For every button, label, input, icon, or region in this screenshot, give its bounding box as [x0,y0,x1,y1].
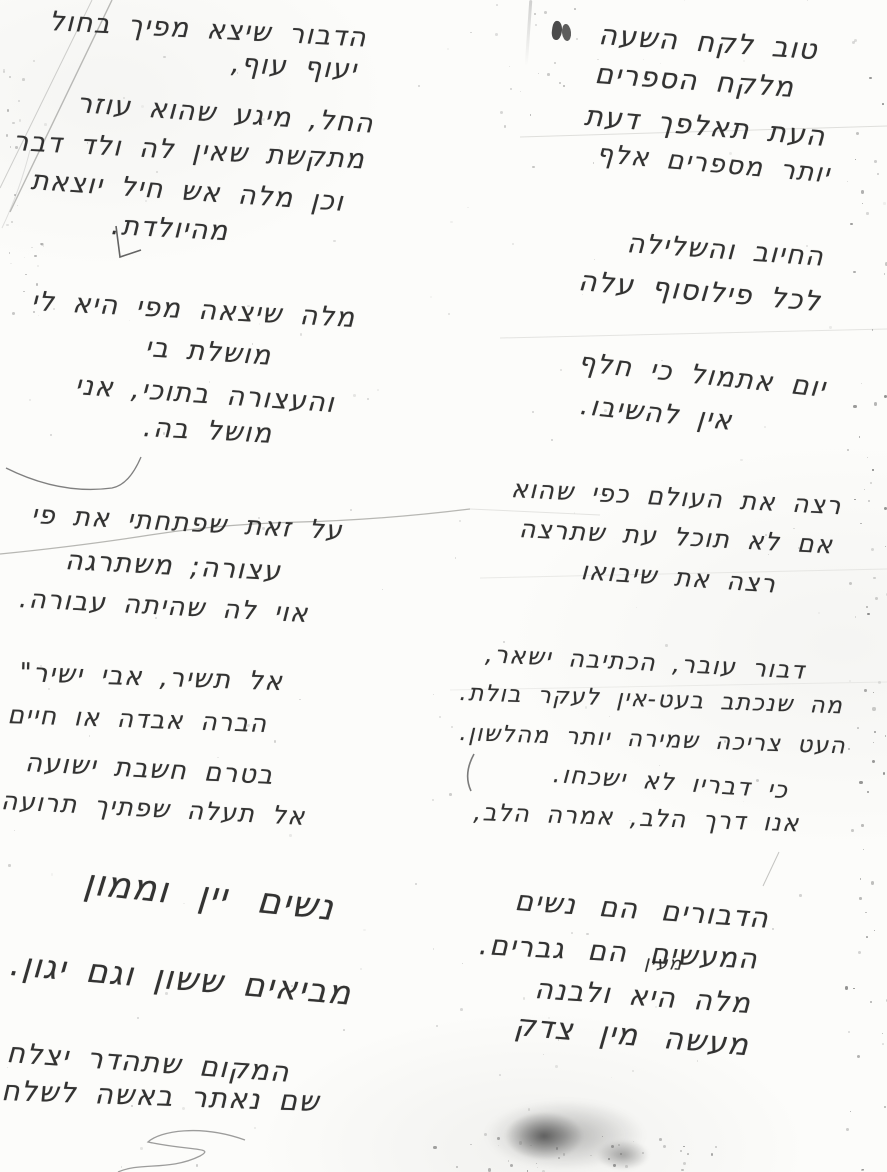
crease-line [10,0,112,212]
noise-speck [724,740,727,743]
noise-speck [19,119,22,122]
noise-speck [849,680,851,682]
crease-line [0,0,92,188]
noise-speck [680,1150,682,1152]
ink-squiggle [118,1131,245,1172]
handwritten-line-left-block1: וכן מלה אש חיל יוצאת [30,165,345,218]
noise-speck [874,160,877,163]
noise-speck [98,19,100,21]
noise-speck [14,194,16,196]
noise-speck [50,434,51,435]
noise-speck [252,343,253,344]
noise-speck [87,142,89,144]
noise-speck [861,824,863,826]
handwritten-line-right-block4: אם לא תוכל עת שתרצה [518,514,834,559]
noise-speck [237,72,238,73]
noise-speck [10,146,11,147]
noise-speck [563,1153,566,1156]
noise-speck [447,48,449,50]
noise-speck [629,820,630,821]
noise-speck [855,616,857,618]
noise-speck [633,1141,635,1143]
noise-speck [874,731,876,733]
handwritten-line-left-block4: בטרם חשבת ישועה [24,748,274,791]
noise-speck [681,1169,683,1171]
noise-speck [847,181,848,182]
noise-speck [534,13,536,15]
noise-speck [848,748,850,750]
noise-speck [643,59,644,60]
noise-speck [15,146,18,149]
noise-speck [254,1127,256,1129]
noise-speck [22,78,25,81]
noise-speck [818,612,820,614]
noise-speck [10,263,12,265]
noise-speck [636,607,637,608]
noise-speck [258,517,260,519]
handwritten-line-right-block5: מה שנכתב בעט-אין לעקר בולת. [459,680,844,719]
noise-speck [512,243,514,245]
scan-streak [525,0,533,66]
noise-speck [620,1153,622,1155]
noise-speck [533,525,536,528]
noise-speck [632,1070,635,1073]
handwritten-line-left-block1: מתקשת שאין לה ולד דבר [12,126,366,175]
noise-speck [597,59,598,60]
handwritten-line-left-block2: מלה שיצאה מפי היא לי [30,286,356,334]
handwritten-line-left-block1: החל, מיגע שהוא עוזר [76,88,375,140]
noise-speck [659,765,660,766]
noise-speck [866,606,869,609]
noise-speck [850,1111,851,1112]
noise-speck [450,221,453,224]
noise-speck [349,154,352,157]
noise-speck [40,665,42,667]
noise-speck [585,706,587,708]
noise-speck [850,223,853,226]
noise-speck [715,1146,717,1148]
noise-speck [864,489,865,490]
noise-speck [873,742,874,743]
noise-speck [704,920,705,921]
noise-speck [661,360,662,361]
noise-speck [604,409,607,412]
noise-speck [430,296,432,298]
noise-speck [165,992,168,995]
noise-speck [462,963,463,964]
noise-speck [433,694,434,695]
noise-speck [716,244,718,246]
noise-speck [495,33,498,36]
noise-speck [853,271,856,274]
noise-speck [121,1166,122,1167]
handwritten-line-left-block2: מושלת בי [144,332,273,372]
noise-speck [858,951,861,954]
paper-tear [0,509,470,554]
noise-speck [764,426,766,428]
noise-speck [873,577,876,580]
noise-speck [871,548,874,551]
noise-speck [360,968,362,970]
noise-speck [558,21,559,22]
noise-speck [874,402,877,405]
noise-speck [12,122,15,125]
noise-speck [196,1164,198,1166]
noise-speck [857,727,859,729]
handwritten-line-right-block6: מעין [644,952,683,975]
noise-speck [799,894,801,896]
noise-speck [11,221,13,223]
noise-speck [299,699,301,701]
noise-speck [871,881,874,884]
noise-speck [613,1164,615,1166]
noise-speck [866,936,868,938]
noise-speck [509,66,511,68]
crease-line [2,150,30,228]
noise-speck [868,500,870,502]
scan-artifacts-layer [0,0,887,1172]
noise-speck [532,166,535,169]
noise-speck [528,1108,531,1111]
noise-speck [292,990,293,991]
noise-speck [711,1153,714,1156]
noise-speck [854,499,855,500]
noise-speck [415,883,416,884]
noise-speck [51,873,53,875]
noise-speck [860,878,862,880]
noise-speck [523,997,525,999]
noise-speck [807,0,808,1]
handwritten-line-right-block2: החיוב והשלילה [626,228,826,273]
noise-speck [530,1145,532,1147]
noise-speck [874,930,875,931]
noise-speck [660,63,661,64]
noise-speck [367,398,369,400]
ink-blot [561,24,572,42]
noise-speck [684,0,685,1]
handwritten-line-right-block1: יותר מספרים אלף [595,139,832,189]
noise-speck [530,114,531,115]
noise-speck [145,200,147,202]
noise-speck [544,11,547,14]
noise-speck [882,1033,884,1035]
noise-speck [586,933,588,935]
noise-speck [756,779,759,782]
noise-speck [884,1106,886,1108]
noise-speck [140,1147,143,1150]
noise-speck [498,1145,499,1146]
noise-speck [43,246,44,247]
noise-speck [574,8,576,10]
noise-speck [155,617,157,619]
noise-speck [34,255,37,258]
noise-speck [558,1039,560,1041]
noise-speck [856,132,859,135]
noise-speck [855,159,856,160]
noise-speck [129,320,130,321]
noise-speck [418,85,420,87]
noise-speck [875,597,878,600]
handwritten-line-left-block3: אוי לה שהיתה עבורה. [18,584,309,629]
noise-speck [350,509,352,511]
noise-speck [547,73,550,76]
noise-speck [593,162,595,164]
noise-speck [768,554,769,555]
noise-speck [853,405,856,408]
bottom-stain-core [505,1112,583,1160]
noise-speck [743,801,744,802]
fold-line [520,126,887,137]
noise-speck [608,1158,610,1160]
noise-speck [488,1168,491,1171]
noise-speck [363,929,365,931]
handwritten-line-right-block4: רצה את שיבואו [580,556,777,599]
handwritten-line-right-block5: דבור עובר, הכתיבה ישאר, [485,640,807,685]
noise-speck [460,1008,463,1011]
noise-speck [209,381,211,383]
noise-speck [848,1031,850,1033]
handwritten-line-left-block4: הברה אבדה או חיים [7,700,268,738]
noise-speck [89,735,90,736]
noise-speck [883,772,885,774]
noise-speck [432,799,434,801]
handwritten-line-right-block5: העט צריכה שמירה יותר מהלשון. [459,720,847,759]
noise-speck [611,1077,612,1078]
noise-speck [863,849,864,850]
noise-speck [866,212,868,214]
noise-speck [137,1017,139,1019]
noise-speck [558,1157,560,1159]
handwritten-line-right-block5: כי דבריו לא ישכחו. [552,760,789,804]
noise-speck [451,726,453,728]
handwritten-line-right-block5: אנו דרך הלב, אמרה הלב, [473,798,800,837]
noise-speck [156,171,158,173]
noise-speck [878,681,881,684]
noise-speck [3,69,4,70]
noise-speck [279,146,281,148]
noise-speck [163,432,165,434]
noise-speck [17,205,18,206]
noise-speck [859,436,861,438]
scan-noise-layer [0,0,887,1172]
noise-speck [449,793,452,796]
noise-speck [8,864,10,866]
noise-speck [867,613,869,615]
noise-speck [869,77,872,80]
noise-speck [497,1137,500,1140]
noise-speck [240,820,242,822]
noise-speck [377,389,379,391]
fold-line [450,682,887,690]
noise-speck [885,546,886,547]
noise-speck [217,757,218,758]
noise-speck [37,265,39,267]
fold-line [500,329,887,338]
noise-speck [353,394,356,397]
noise-speck [519,1141,522,1144]
noise-speck [247,724,250,727]
noise-speck [870,1001,872,1003]
noise-speck [559,904,561,906]
noise-speck [642,1152,644,1154]
handwritten-line-right-block6: המעשים הם גברים. [478,928,759,976]
noise-speck [300,333,303,336]
noise-speck [743,60,745,62]
noise-speck [867,791,869,793]
handwritten-line-left-block3: על זאת שפתחתי את פי [30,500,343,546]
noise-speck [499,1074,501,1076]
ink-parenthesis-mark [468,754,474,791]
noise-speck [508,1160,510,1162]
noise-speck [659,1138,662,1141]
noise-speck [559,82,560,83]
handwritten-line-left-block5: נשים יין וממון [82,862,337,929]
noise-speck [182,1107,185,1110]
noise-speck [571,932,573,934]
noise-speck [33,311,35,313]
handwritten-line-right-block6: הדבורים הם נשים [514,884,771,935]
noise-speck [520,91,521,92]
handwritten-line-left-block6: המקום שתהדר יצלח [6,1036,292,1089]
noise-speck [857,1055,860,1058]
noise-speck [527,1170,528,1171]
noise-speck [247,305,249,307]
noise-speck [9,76,11,78]
noise-speck [655,1006,657,1008]
noise-speck [535,24,537,26]
noise-speck [456,1166,458,1168]
noise-speck [687,1153,689,1155]
noise-speck [849,582,852,585]
noise-speck [625,1165,628,1168]
noise-speck [607,1026,609,1028]
noise-speck [555,1065,558,1068]
noise-speck [697,1060,698,1061]
handwritten-line-left-block1: יעוף עוף, [230,48,358,86]
noise-speck [873,692,874,693]
noise-speck [7,1067,8,1068]
handwritten-line-right-block3: יום אתמול כי חלף [577,347,828,404]
handwritten-line-left-block2: והעצורה בתוכי, אני [74,370,336,419]
noise-speck [14,830,15,831]
noise-speck [862,203,863,204]
noise-speck [510,1164,513,1167]
noise-speck [25,274,27,276]
noise-speck [772,928,774,930]
noise-speck [872,469,873,470]
noise-speck [602,1136,603,1137]
noise-speck [609,716,610,717]
noise-speck [877,173,879,175]
bottom-stain-tail [597,1140,649,1170]
noise-speck [576,38,578,40]
noise-speck [611,1145,614,1148]
noise-speck [560,369,562,371]
noise-speck [883,202,885,204]
noise-speck [503,641,505,643]
noise-speck [543,1054,544,1055]
noise-speck [333,240,336,243]
noise-speck [861,383,862,384]
noise-speck [590,1155,591,1156]
noise-speck [7,109,10,112]
noise-speck [845,986,848,989]
ink-blot [551,20,564,40]
noise-speck [829,326,831,328]
noise-speck [683,1162,686,1165]
noise-speck [40,243,43,246]
noise-speck [582,294,583,295]
noise-speck [500,111,503,114]
noise-speck [6,134,8,136]
noise-speck [538,73,540,75]
noise-speck [183,903,184,904]
noise-speck [291,985,293,987]
noise-speck [604,812,607,815]
noise-speck [433,1146,436,1149]
noise-speck [861,190,864,193]
noise-speck [145,767,147,769]
noise-speck [470,32,471,33]
noise-speck [872,707,875,710]
noise-speck [618,1144,620,1146]
noise-speck [537,1167,539,1169]
noise-speck [36,283,38,285]
noise-speck [24,257,26,259]
noise-speck [860,523,861,524]
noise-speck [574,512,575,513]
noise-speck [33,60,35,62]
noise-speck [433,948,435,950]
scratch-mark [763,852,779,886]
noise-speck [470,1144,471,1145]
paper-tear [470,509,600,515]
noise-speck [663,1145,666,1148]
noise-speck [867,457,869,459]
noise-speck [594,259,595,260]
handwritten-line-right-block1: טוב לקח השעה [598,18,820,66]
noise-speck [554,62,556,64]
noise-speck [872,760,875,763]
noise-speck [29,399,30,400]
handwritten-line-right-block4: רצה את העולם כפי שהוא [510,474,842,520]
noise-speck [131,1105,132,1106]
noise-speck [865,912,866,913]
manuscript-page: טוב לקח השעהמלקח הספריםהעת תאלפך דעתיותר… [0,0,887,1172]
bottom-stain-halo [485,1100,645,1170]
handwritten-line-right-block1: מלקח הספרים [594,57,796,104]
noise-speck [740,459,742,461]
fold-line [480,569,887,578]
noise-speck [798,547,800,549]
noise-speck [853,988,855,990]
noise-speck [536,1163,537,1164]
noise-speck [163,56,165,58]
noise-speck [846,1128,849,1131]
noise-speck [884,273,885,274]
noise-speck [852,41,855,44]
handwritten-line-left-block4: אל תעלה שפתיך תרועה [0,786,306,831]
noise-speck [496,4,498,6]
noise-speck [851,829,854,832]
noise-speck [854,39,857,42]
noise-speck [837,505,840,508]
noise-speck [18,100,20,102]
noise-speck [467,207,468,208]
handwritten-line-left-block6: שם נאתר באשה לשלח [1,1074,321,1118]
noise-speck [510,88,511,89]
noise-speck [439,716,441,718]
